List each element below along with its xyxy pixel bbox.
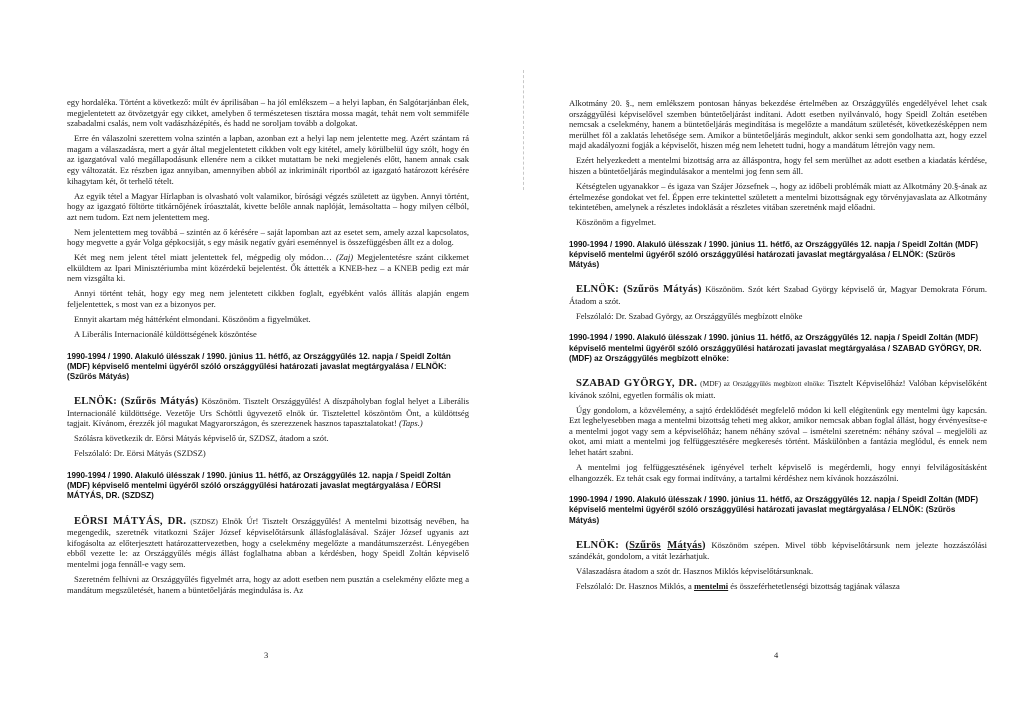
speech-paragraph: ELNÖK: (Szűrös Mátyás) Köszönöm. Tisztel… [67, 396, 469, 429]
speaker-name-underlined: Mátyás [667, 540, 702, 551]
paragraph: Ennyit akartam még háttérként elmondani.… [67, 314, 469, 325]
page-3-text-column: egy hordaléka. Történt a következő: múlt… [67, 97, 469, 600]
paragraph: Ezért helyezkedett a mentelmi bizottság … [569, 155, 987, 176]
speech-paragraph: EÖRSI MÁTYÁS, DR. (SZDSZ) Elnök Úr! Tisz… [67, 516, 469, 570]
speaker-name: SZABAD GYÖRGY, DR. [576, 378, 697, 389]
page-4-text-column: Alkotmány 20. §., nem emlékszem pontosan… [569, 98, 987, 596]
paragraph: Válaszadásra átadom a szót dr. Hasznos M… [569, 566, 987, 577]
speaker-name-part: ELNÖK: ( [576, 540, 629, 551]
paragraph: Az egyik tétel a Magyar Hírlapban is olv… [67, 191, 469, 223]
paragraph: A mentelmi jog felfüggesztésének igényév… [569, 462, 987, 483]
paragraph: Köszönöm a figyelmet. [569, 217, 987, 228]
paragraph: Szeretném felhívni az Országgyűlés figye… [67, 574, 469, 595]
paragraph: Annyi történt tehát, hogy egy meg nem je… [67, 288, 469, 309]
speaker-label: Felszólaló: Dr. Szabad György, az Ország… [569, 311, 987, 322]
paragraph: egy hordaléka. Történt a következő: múlt… [67, 97, 469, 129]
speech-paragraph: SZABAD GYÖRGY, DR. (MDF) az Országgyűlés… [569, 378, 987, 400]
speaker-name: ELNÖK: (Szűrös Mátyás) [576, 284, 702, 295]
paragraph: Úgy gondolom, a közvélemény, a sajtó érd… [569, 405, 987, 458]
page-number: 4 [774, 650, 778, 660]
paragraph: Kétségtelen ugyanakkor – és igaza van Sz… [569, 181, 987, 213]
paragraph: Két meg nem jelent tétel miatt jelentett… [67, 252, 469, 284]
speaker-party: (SZDSZ) [190, 517, 218, 526]
paragraph-text: Két meg nem jelent tétel miatt jelentett… [74, 252, 336, 262]
session-header: 1990-1994 / 1990. Alakuló ülésszak / 199… [569, 495, 987, 526]
session-header: 1990-1994 / 1990. Alakuló ülésszak / 199… [67, 352, 469, 383]
speaker-party: (MDF) [700, 379, 721, 388]
speech-paragraph: ELNÖK: (Szűrös Mátyás) Köszönöm. Szót ké… [569, 284, 987, 306]
paragraph: Nem jelentettem meg továbbá – szintén az… [67, 227, 469, 248]
stage-note: (Zaj) [336, 252, 353, 262]
speaker-name: ELNÖK: (Szűrös Mátyás) [576, 540, 706, 551]
section-title: A Liberális Internacionálé küldöttségéne… [67, 329, 469, 340]
paragraph: Alkotmány 20. §., nem emlékszem pontosan… [569, 98, 987, 151]
paragraph-text: és összeférhetetlenségi bizottság tagján… [728, 581, 900, 591]
page-3: egy hordaléka. Történt a következő: múlt… [0, 0, 512, 725]
page-number: 3 [264, 650, 268, 660]
speech-paragraph: ELNÖK: (Szűrös Mátyás) Köszönöm szépen. … [569, 540, 987, 562]
paragraph: Erre én válaszolni szerettem volna szint… [67, 133, 469, 186]
speaker-role: az Országgyűlés megbízott elnöke: [721, 380, 825, 388]
speaker-label: Felszólaló: Dr. Hasznos Miklós, a mentel… [569, 581, 987, 592]
page-4: Alkotmány 20. §., nem emlékszem pontosan… [512, 0, 1024, 725]
speaker-name: EÖRSI MÁTYÁS, DR. [74, 516, 186, 527]
session-header: 1990-1994 / 1990. Alakuló ülésszak / 199… [67, 471, 469, 502]
session-header: 1990-1994 / 1990. Alakuló ülésszak / 199… [569, 240, 987, 271]
speaker-label: Felszólaló: Dr. Eörsi Mátyás (SZDSZ) [67, 448, 469, 459]
paragraph: Szólásra következik dr. Eörsi Mátyás kép… [67, 433, 469, 444]
highlighted-word: mentelmi [694, 581, 728, 591]
session-header: 1990-1994 / 1990. Alakuló ülésszak / 199… [569, 333, 987, 364]
speaker-name-underlined: Szűrös [629, 540, 661, 551]
paragraph-text: Felszólaló: Dr. Hasznos Miklós, a [576, 581, 694, 591]
speaker-name: ELNÖK: (Szűrös Mátyás) [74, 396, 198, 407]
stage-note: (Taps.) [399, 418, 423, 428]
